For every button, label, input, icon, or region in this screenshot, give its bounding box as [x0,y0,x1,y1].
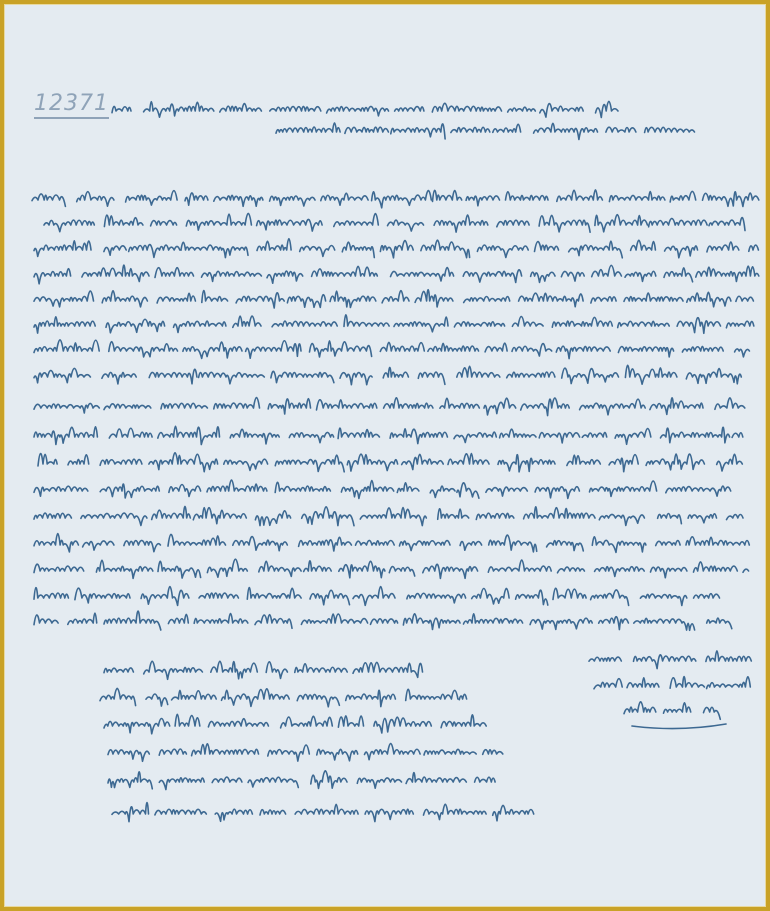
signature-block [589,651,751,729]
handwritten-line [276,123,695,140]
postscript-text [100,661,534,821]
handwritten-line [34,398,745,416]
handwritten-line [44,213,745,232]
body-text [32,190,759,630]
handwritten-line [104,661,423,679]
handwritten-line [34,587,720,606]
handwritten-line [112,101,618,117]
handwritten-line [112,803,534,822]
handwritten-line [34,480,731,499]
manuscript-page: 12371 [0,0,770,911]
handwritten-line [108,744,503,762]
handwritten-line [34,534,749,553]
handwritten-line [594,677,750,689]
handwritten-line [34,315,754,333]
handwritten-line [624,702,720,719]
handwritten-line [34,239,758,258]
handwritten-line [589,651,751,669]
handwritten-line [32,190,759,208]
handwritten-line [34,265,759,284]
handwritten-line [38,453,742,472]
handwritten-line [34,365,741,384]
handwritten-line [34,340,749,359]
signature-underline [632,724,726,729]
handwritten-line [34,611,732,630]
handwritten-line [34,559,749,578]
handwriting-layer [4,4,770,911]
handwritten-line [108,771,495,790]
handwritten-line [100,688,467,706]
handwritten-line [34,290,753,308]
header-text [112,101,695,139]
handwritten-line [104,714,486,734]
handwritten-line [34,426,743,444]
handwritten-line [34,506,743,525]
